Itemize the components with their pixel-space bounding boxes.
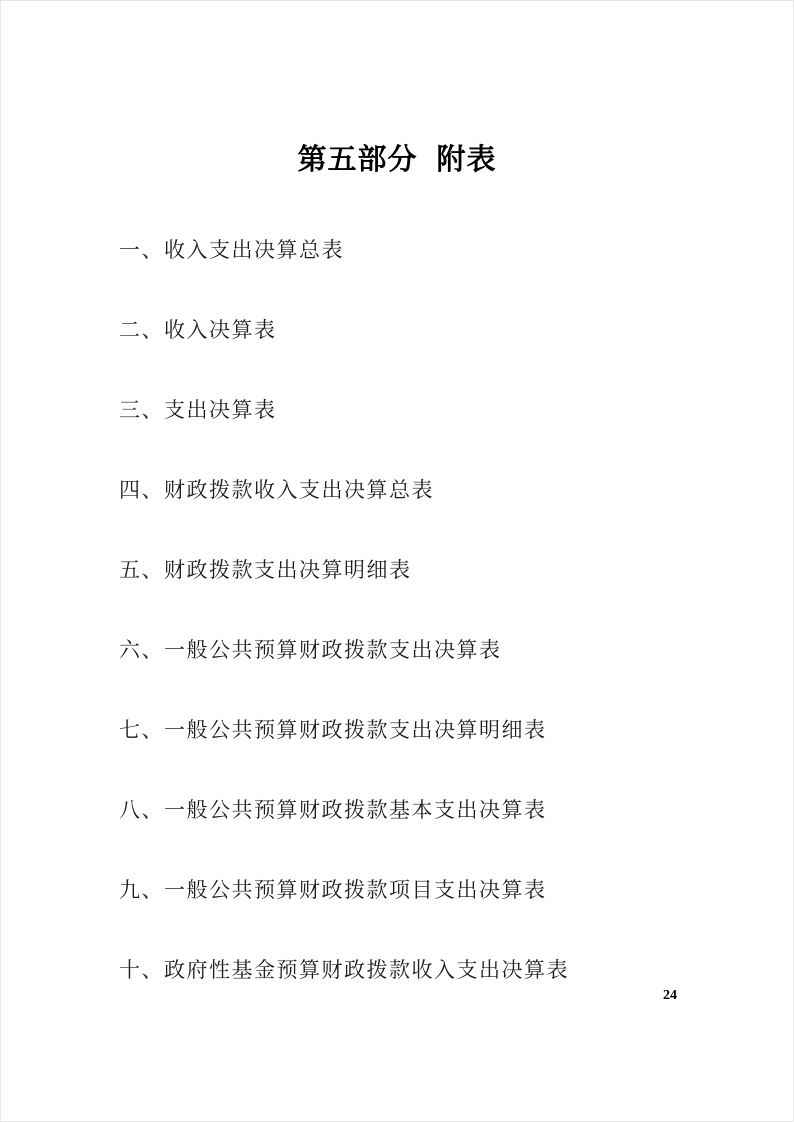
toc-item: 九、一般公共预算财政拨款项目支出决算表 [119,877,569,904]
toc-item: 八、一般公共预算财政拨款基本支出决算表 [119,797,569,824]
toc-item: 六、一般公共预算财政拨款支出决算表 [119,637,569,664]
toc-item: 三、支出决算表 [119,397,569,424]
page-number: 24 [663,988,677,1004]
toc-list: 一、收入支出决算总表 二、收入决算表 三、支出决算表 四、财政拨款收入支出决算总… [119,237,569,1037]
document-page: 第五部分 附表 一、收入支出决算总表 二、收入决算表 三、支出决算表 四、财政拨… [0,0,794,1122]
toc-item: 七、一般公共预算财政拨款支出决算明细表 [119,717,569,744]
toc-item: 五、财政拨款支出决算明细表 [119,557,569,584]
toc-item: 十、政府性基金预算财政拨款收入支出决算表 [119,957,569,984]
toc-item: 二、收入决算表 [119,317,569,344]
toc-item: 一、收入支出决算总表 [119,237,569,264]
page-title: 第五部分 附表 [1,137,793,178]
toc-item: 四、财政拨款收入支出决算总表 [119,477,569,504]
